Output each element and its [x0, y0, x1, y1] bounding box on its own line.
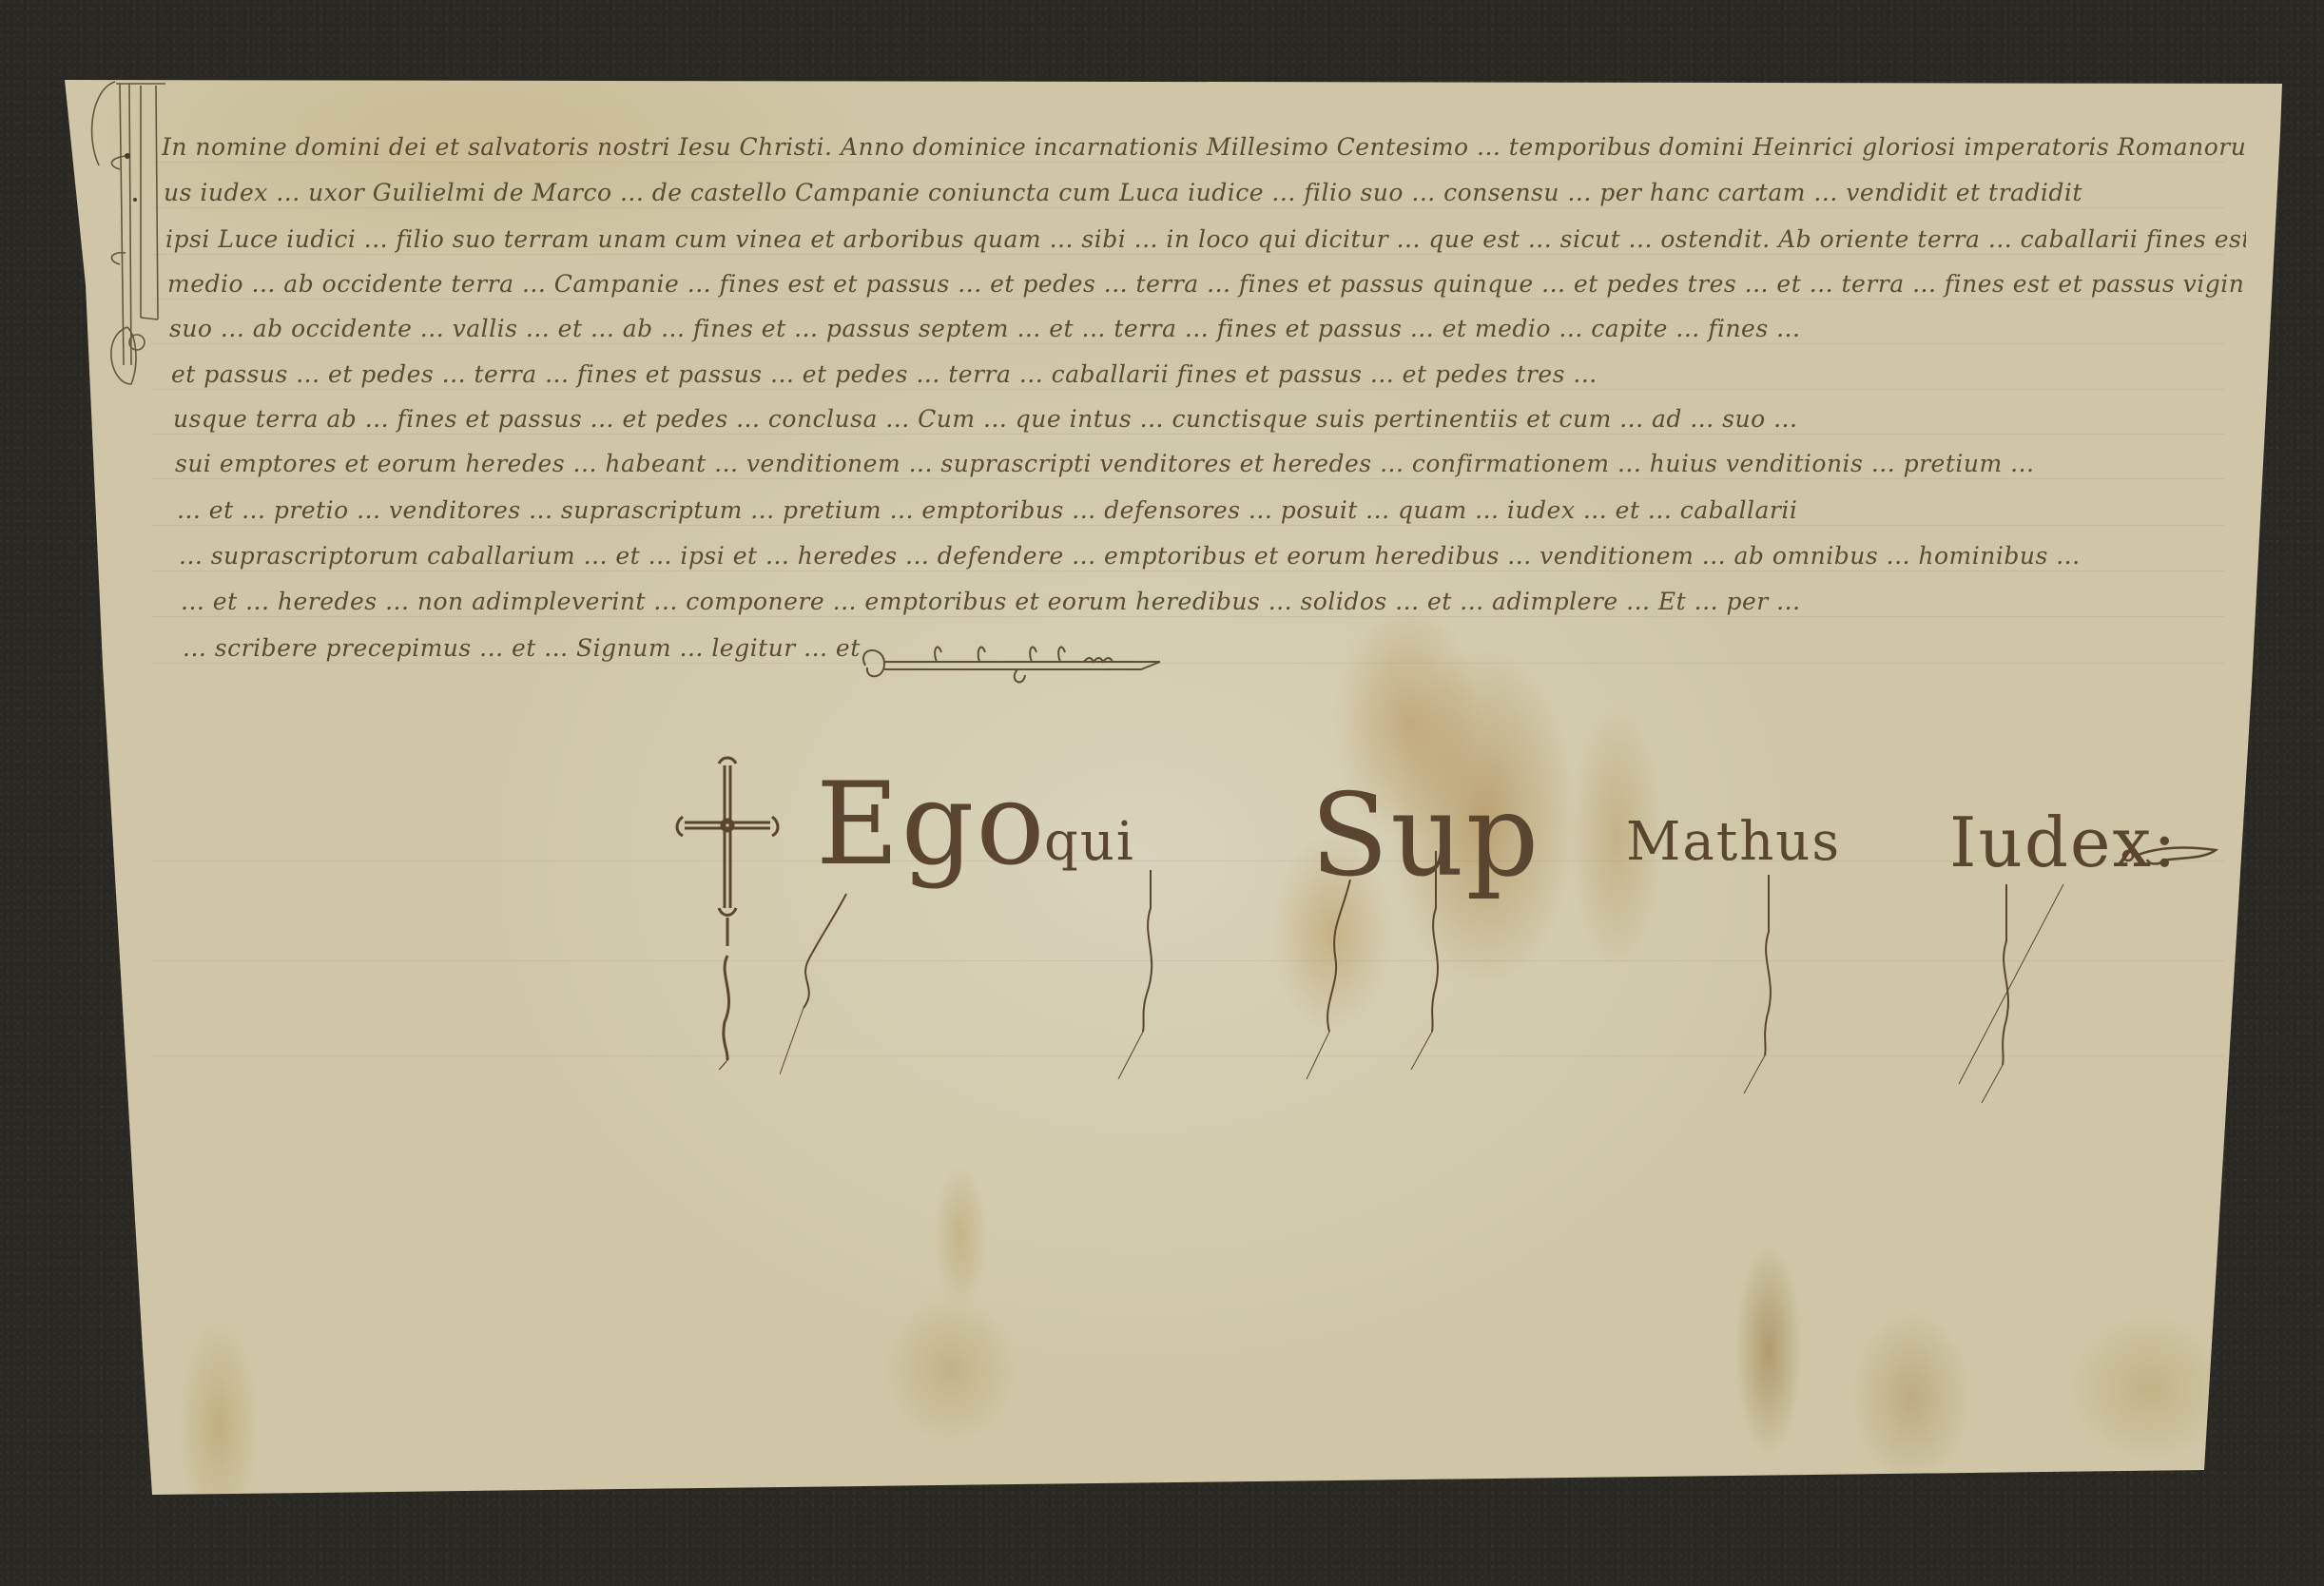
ornament-descender-icon — [1113, 870, 1170, 1079]
text-line: ... scribere precepimus ... et ... Signu… — [183, 634, 867, 662]
text-line: ... suprascriptorum caballarium ... et .… — [179, 542, 2229, 570]
closing-flourish-icon — [856, 628, 1179, 694]
ornament-descender-icon — [780, 884, 856, 1074]
ruling-line — [152, 1055, 2225, 1056]
ornament-descender-icon — [1303, 880, 1369, 1089]
ruling-line — [152, 162, 2225, 163]
ruling-line — [152, 616, 2225, 617]
ruling-line — [152, 299, 2225, 300]
ruling-line — [152, 434, 2225, 435]
ruling-line — [152, 663, 2225, 664]
ruling-line — [152, 571, 2225, 571]
text-line: ... et ... pretio ... venditores ... sup… — [177, 496, 2231, 524]
text-line: usque terra ab ... fines et passus ... e… — [173, 405, 2237, 433]
signature-word-qui: qui — [1044, 816, 1135, 869]
text-line: us iudex ... uxor Guilielmi de Marco ...… — [164, 179, 2246, 206]
decorated-initial-icon — [82, 80, 167, 394]
text-line: ipsi Luce iudici ... filio suo terram un… — [165, 225, 2246, 253]
ruling-line — [152, 254, 2225, 255]
ruling-line — [152, 343, 2225, 344]
text-line: medio ... ab occidente terra ... Campani… — [167, 270, 2246, 298]
ruling-line — [152, 389, 2225, 390]
ornament-descender-icon — [1940, 884, 2073, 1103]
end-ornament-icon — [2121, 837, 2225, 875]
ruling-line — [152, 478, 2225, 479]
ruling-line — [152, 960, 2225, 961]
text-line: et passus ... et pedes ... terra ... fin… — [171, 360, 2240, 388]
ruling-line — [152, 525, 2225, 526]
text-line: In nomine domini dei et salvatoris nostr… — [162, 133, 2244, 161]
signature-word-mathus: Mathus — [1626, 816, 1841, 869]
text-line: suo ... ab occidente ... vallis ... et .… — [169, 315, 2242, 342]
text-line: ... et ... heredes ... non adimpleverint… — [181, 588, 2225, 615]
cross-icon — [675, 756, 780, 1070]
ruling-line — [152, 207, 2225, 208]
ornament-descender-icon — [1407, 851, 1464, 1070]
ornament-descender-icon — [1740, 875, 1797, 1093]
signature-word-ego: Ego — [816, 768, 1047, 882]
ruling-line — [152, 861, 2225, 861]
text-line: sui emptores et eorum heredes ... habean… — [175, 450, 2235, 477]
